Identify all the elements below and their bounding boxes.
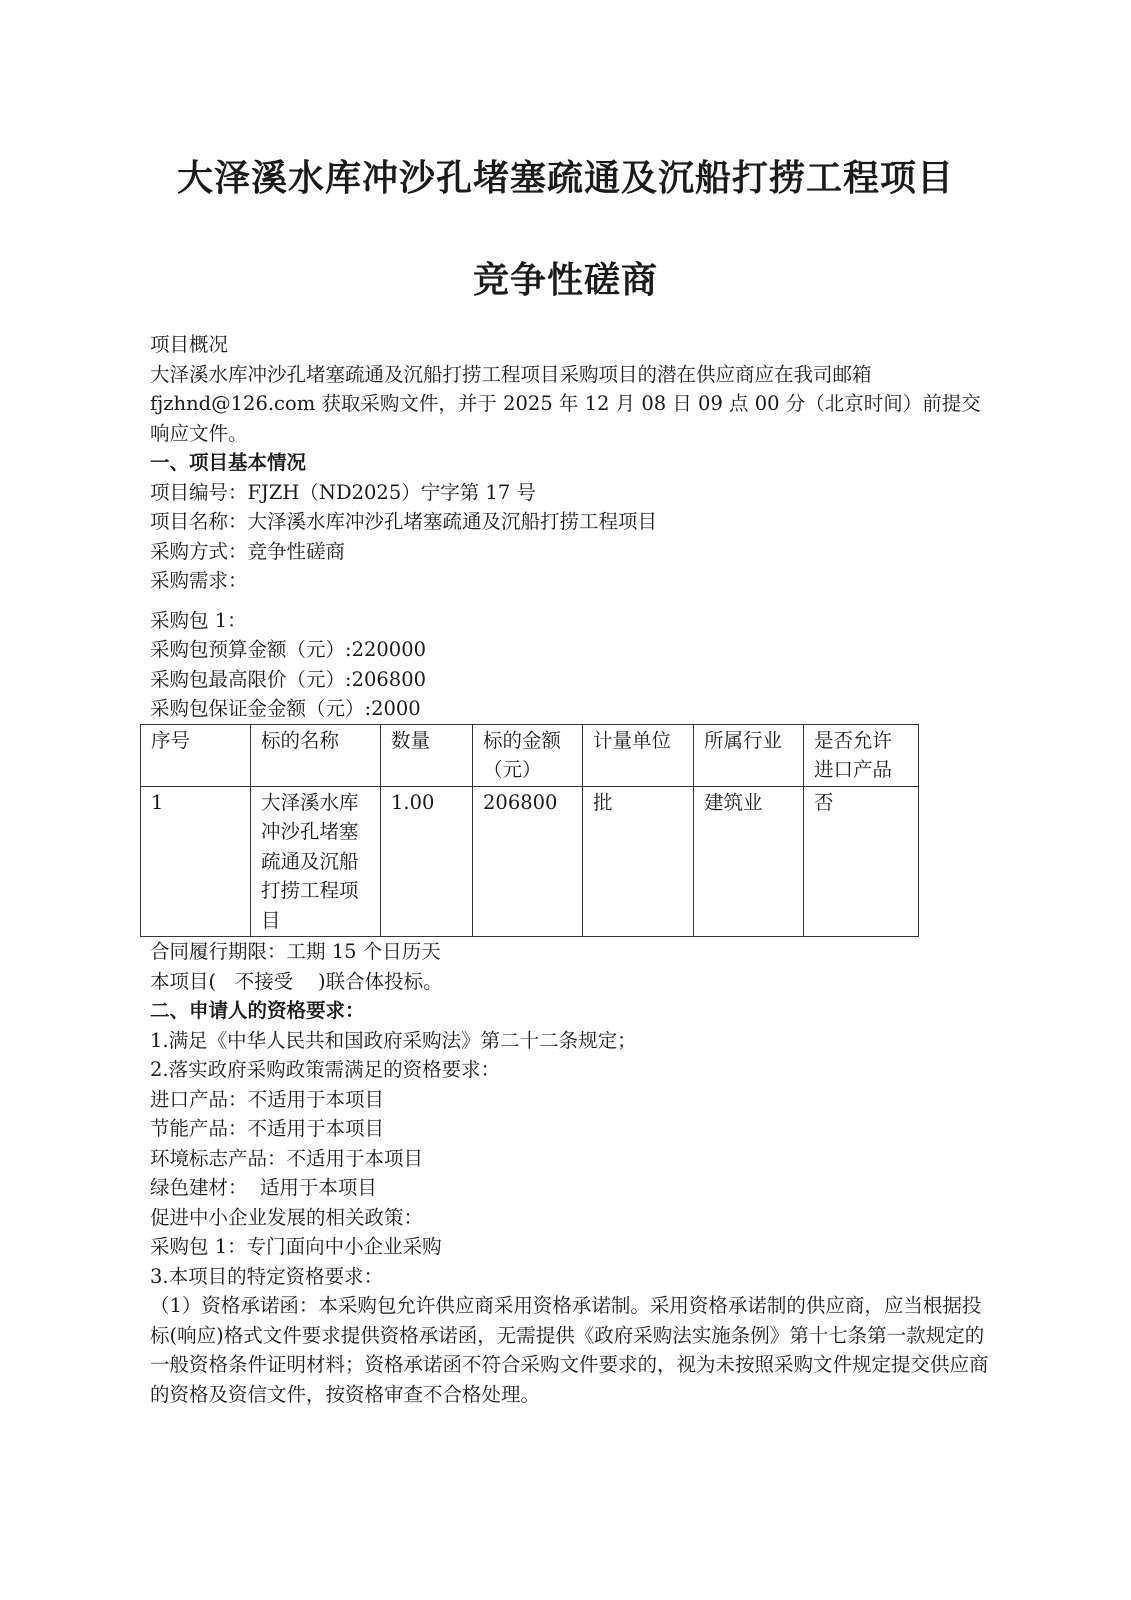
- document-subtitle: 竞争性磋商: [0, 252, 1131, 303]
- package-max-price: 采购包最高限价（元）:206800: [150, 665, 990, 695]
- cell-unit: 批: [583, 786, 694, 937]
- section1-heading: 一、项目基本情况: [150, 448, 990, 478]
- requirement-3: 3.本项目的特定资格要求：: [150, 1262, 990, 1292]
- cell-amount: 206800: [473, 786, 583, 937]
- document-body: 项目概况 大泽溪水库冲沙孔堵塞疏通及沉船打捞工程项目采购项目的潜在供应商应在我司…: [150, 330, 990, 1409]
- requirement-1: 1.满足《中华人民共和国政府采购法》第二十二条规定；: [150, 1026, 990, 1056]
- package-label: 采购包 1：: [150, 606, 990, 636]
- document-title: 大泽溪水库冲沙孔堵塞疏通及沉船打捞工程项目: [0, 150, 1131, 201]
- import-products: 进口产品：不适用于本项目: [150, 1085, 990, 1115]
- procurement-method: 采购方式：竞争性磋商: [150, 537, 990, 567]
- section2-heading: 二、申请人的资格要求：: [150, 996, 990, 1026]
- requirement-2: 2.落实政府采购政策需满足的资格要求：: [150, 1055, 990, 1085]
- header-cell: 标的金额（元）: [473, 724, 583, 786]
- header-cell: 序号: [141, 724, 251, 786]
- project-number: 项目编号：FJZH（ND2025）宁字第 17 号: [150, 478, 990, 508]
- items-table: 序号 标的名称 数量 标的金额（元） 计量单位 所属行业 是否允许进口产品 1 …: [140, 724, 919, 938]
- project-name: 项目名称：大泽溪水库冲沙孔堵塞疏通及沉船打捞工程项目: [150, 507, 990, 537]
- contract-period: 合同履行期限：工期 15 个日历天: [150, 937, 990, 967]
- table-header-row: 序号 标的名称 数量 标的金额（元） 计量单位 所属行业 是否允许进口产品: [141, 724, 919, 786]
- cell-quantity: 1.00: [381, 786, 473, 937]
- procurement-demand: 采购需求：: [150, 566, 990, 596]
- env-label-products: 环境标志产品：不适用于本项目: [150, 1144, 990, 1174]
- package-deposit: 采购包保证金金额（元）:2000: [150, 694, 990, 724]
- consortium-note: 本项目( 不接受 )联合体投标。: [150, 967, 990, 997]
- header-cell: 标的名称: [251, 724, 381, 786]
- cell-item-name: 大泽溪水库冲沙孔堵塞疏通及沉船打捞工程项目: [251, 786, 381, 937]
- sme-package: 采购包 1：专门面向中小企业采购: [150, 1232, 990, 1262]
- overview-heading: 项目概况: [150, 330, 990, 360]
- sme-policy: 促进中小企业发展的相关政策：: [150, 1203, 990, 1233]
- cell-industry: 建筑业: [694, 786, 804, 937]
- overview-paragraph: 大泽溪水库冲沙孔堵塞疏通及沉船打捞工程项目采购项目的潜在供应商应在我司邮箱 fj…: [150, 360, 990, 449]
- cell-import-allowed: 否: [804, 786, 919, 937]
- green-materials: 绿色建材： 适用于本项目: [150, 1173, 990, 1203]
- header-cell: 所属行业: [694, 724, 804, 786]
- header-cell: 是否允许进口产品: [804, 724, 919, 786]
- package-budget: 采购包预算金额（元）:220000: [150, 635, 990, 665]
- energy-products: 节能产品：不适用于本项目: [150, 1114, 990, 1144]
- requirement-3-1: （1）资格承诺函：本采购包允许供应商采用资格承诺制。采用资格承诺制的供应商，应当…: [150, 1291, 990, 1409]
- table-row: 1 大泽溪水库冲沙孔堵塞疏通及沉船打捞工程项目 1.00 206800 批 建筑…: [141, 786, 919, 937]
- header-cell: 数量: [381, 724, 473, 786]
- header-cell: 计量单位: [583, 724, 694, 786]
- cell-index: 1: [141, 786, 251, 937]
